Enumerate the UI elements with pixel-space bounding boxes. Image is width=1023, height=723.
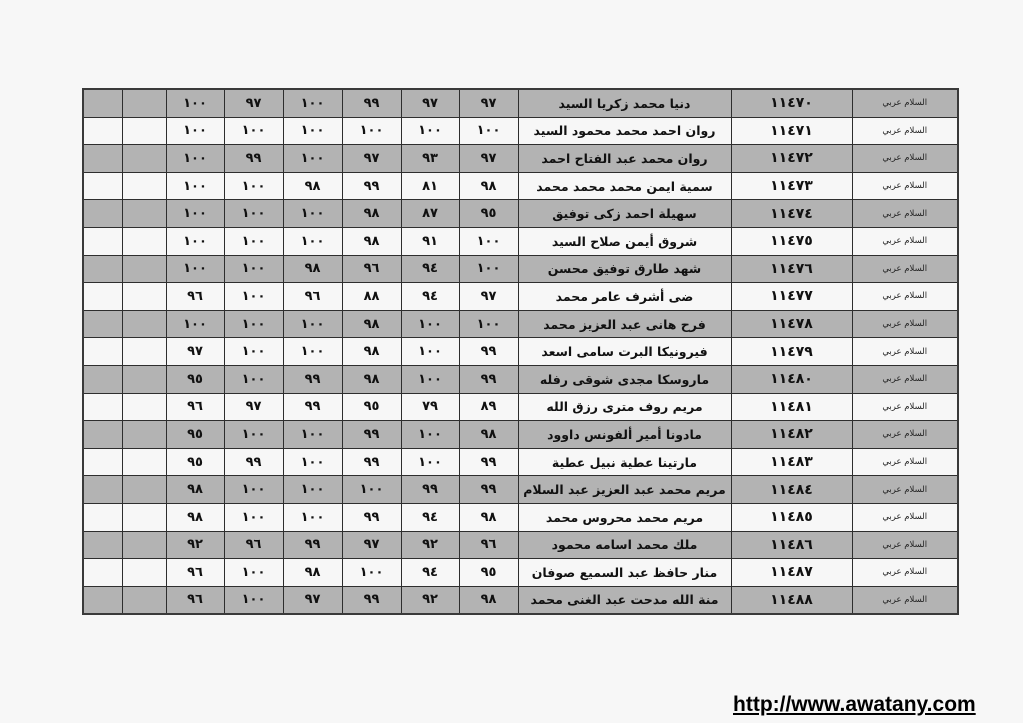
score-cell: ٩٩ — [283, 531, 342, 559]
score-cell: ٩٦ — [166, 393, 224, 421]
student-name-cell: روان احمد محمد محمود السيد — [518, 117, 731, 145]
score-cell: ٩٥ — [459, 200, 518, 228]
blank-cell — [83, 227, 122, 255]
score-cell: ٩٩ — [342, 172, 401, 200]
score-cell: ٩٧ — [342, 145, 401, 173]
school-cell: السلام عربي — [852, 476, 958, 504]
score-cell: ٩٩ — [283, 393, 342, 421]
seat-number-cell: ١١٤٨٣ — [731, 448, 852, 476]
score-cell: ٩٧ — [283, 586, 342, 614]
score-cell: ٩٨ — [342, 365, 401, 393]
score-cell: ٩٧ — [459, 283, 518, 311]
school-cell: السلام عربي — [852, 503, 958, 531]
student-name-cell: فيرونيكا البرت سامى اسعد — [518, 338, 731, 366]
score-cell: ١٠٠ — [342, 559, 401, 587]
score-cell: ٩٨ — [459, 421, 518, 449]
score-cell: ٩٨ — [166, 476, 224, 504]
table-row: ١٠٠٩٩١٠٠٩٧٩٣٩٧روان محمد عبد الفتاح احمد١… — [83, 145, 958, 173]
score-cell: ١٠٠ — [283, 227, 342, 255]
table-row: ٩٦١٠٠٩٧٩٩٩٢٩٨منة الله مدحت عبد الغنى محم… — [83, 586, 958, 614]
school-cell: السلام عربي — [852, 89, 958, 117]
blank-cell — [83, 310, 122, 338]
score-cell: ٩٦ — [166, 283, 224, 311]
blank-cell — [122, 503, 166, 531]
score-cell: ٩٥ — [459, 559, 518, 587]
blank-cell — [83, 89, 122, 117]
blank-cell — [83, 200, 122, 228]
blank-cell — [122, 200, 166, 228]
school-cell: السلام عربي — [852, 393, 958, 421]
score-cell: ٩٨ — [459, 586, 518, 614]
student-name-cell: منة الله مدحت عبد الغنى محمد — [518, 586, 731, 614]
student-name-cell: منار حافظ عبد السميع صوفان — [518, 559, 731, 587]
table-row: ١٠٠١٠٠٩٨٩٩٨١٩٨سمية ايمن محمد محمد محمد١١… — [83, 172, 958, 200]
seat-number-cell: ١١٤٨٠ — [731, 365, 852, 393]
score-cell: ٩٩ — [283, 365, 342, 393]
seat-number-cell: ١١٤٧١ — [731, 117, 852, 145]
score-cell: ١٠٠ — [401, 421, 459, 449]
score-cell: ٩٨ — [283, 559, 342, 587]
student-name-cell: شروق أيمن صلاح السيد — [518, 227, 731, 255]
seat-number-cell: ١١٤٨٧ — [731, 559, 852, 587]
school-cell: السلام عربي — [852, 310, 958, 338]
score-cell: ٩٨ — [342, 200, 401, 228]
score-cell: ٩٤ — [401, 283, 459, 311]
score-cell: ١٠٠ — [401, 117, 459, 145]
table-row: ١٠٠٩٧١٠٠٩٩٩٧٩٧دنيا محمد زكريا السيد١١٤٧٠… — [83, 89, 958, 117]
score-cell: ١٠٠ — [166, 117, 224, 145]
score-cell: ٨٨ — [342, 283, 401, 311]
score-cell: ٩٥ — [166, 421, 224, 449]
score-cell: ٨١ — [401, 172, 459, 200]
score-cell: ١٠٠ — [224, 421, 283, 449]
score-cell: ٩٧ — [166, 338, 224, 366]
score-cell: ١٠٠ — [283, 476, 342, 504]
score-cell: ١٠٠ — [283, 338, 342, 366]
score-cell: ٩٩ — [342, 421, 401, 449]
student-name-cell: ماروسكا مجدى شوقى رفله — [518, 365, 731, 393]
school-cell: السلام عربي — [852, 283, 958, 311]
score-cell: ٩٩ — [342, 89, 401, 117]
score-cell: ٩٨ — [342, 227, 401, 255]
score-cell: ١٠٠ — [283, 503, 342, 531]
blank-cell — [83, 586, 122, 614]
table-row: ١٠٠١٠٠١٠٠١٠٠١٠٠١٠٠روان احمد محمد محمود ا… — [83, 117, 958, 145]
blank-cell — [122, 145, 166, 173]
score-cell: ٩٨ — [459, 503, 518, 531]
score-cell: ١٠٠ — [283, 200, 342, 228]
blank-cell — [83, 531, 122, 559]
seat-number-cell: ١١٤٧٠ — [731, 89, 852, 117]
score-cell: ١٠٠ — [166, 145, 224, 173]
seat-number-cell: ١١٤٧٩ — [731, 338, 852, 366]
score-cell: ٩٨ — [283, 172, 342, 200]
student-name-cell: مريم روف مترى رزق الله — [518, 393, 731, 421]
score-cell: ١٠٠ — [459, 255, 518, 283]
score-cell: ٩٢ — [401, 586, 459, 614]
table-row: ١٠٠١٠٠١٠٠٩٨٨٧٩٥سهيلة احمد زكى توفيق١١٤٧٤… — [83, 200, 958, 228]
student-name-cell: فرح هانى عبد العزيز محمد — [518, 310, 731, 338]
school-cell: السلام عربي — [852, 338, 958, 366]
score-cell: ٩١ — [401, 227, 459, 255]
score-cell: ٩٩ — [401, 476, 459, 504]
score-cell: ١٠٠ — [459, 310, 518, 338]
score-cell: ٧٩ — [401, 393, 459, 421]
blank-cell — [122, 559, 166, 587]
score-cell: ٩٨ — [342, 338, 401, 366]
blank-cell — [83, 172, 122, 200]
school-cell: السلام عربي — [852, 448, 958, 476]
score-cell: ٩٦ — [166, 559, 224, 587]
student-name-cell: مريم محمد عبد العزيز عبد السلام — [518, 476, 731, 504]
school-cell: السلام عربي — [852, 559, 958, 587]
seat-number-cell: ١١٤٨٨ — [731, 586, 852, 614]
score-cell: ٩٦ — [342, 255, 401, 283]
table-body: ١٠٠٩٧١٠٠٩٩٩٧٩٧دنيا محمد زكريا السيد١١٤٧٠… — [83, 89, 958, 614]
blank-cell — [122, 117, 166, 145]
score-cell: ٩٩ — [459, 338, 518, 366]
score-cell: ١٠٠ — [166, 172, 224, 200]
seat-number-cell: ١١٤٨١ — [731, 393, 852, 421]
seat-number-cell: ١١٤٧٧ — [731, 283, 852, 311]
blank-cell — [122, 586, 166, 614]
score-cell: ١٠٠ — [283, 117, 342, 145]
score-cell: ١٠٠ — [224, 365, 283, 393]
score-cell: ٩٧ — [401, 89, 459, 117]
school-cell: السلام عربي — [852, 365, 958, 393]
score-cell: ٩٢ — [401, 531, 459, 559]
score-cell: ٩٢ — [166, 531, 224, 559]
score-cell: ٩٦ — [224, 531, 283, 559]
student-name-cell: ملك محمد اسامه محمود — [518, 531, 731, 559]
score-cell: ٩٩ — [459, 476, 518, 504]
score-cell: ١٠٠ — [224, 338, 283, 366]
student-name-cell: مادونا أمير ألفونس داوود — [518, 421, 731, 449]
score-cell: ٩٩ — [342, 586, 401, 614]
score-cell: ٩٨ — [283, 255, 342, 283]
table-row: ٩٥١٠٠١٠٠٩٩١٠٠٩٨مادونا أمير ألفونس داوود١… — [83, 421, 958, 449]
score-cell: ١٠٠ — [401, 310, 459, 338]
score-cell: ١٠٠ — [283, 145, 342, 173]
seat-number-cell: ١١٤٨٦ — [731, 531, 852, 559]
score-cell: ٩٩ — [459, 365, 518, 393]
score-cell: ٩٩ — [224, 145, 283, 173]
blank-cell — [122, 338, 166, 366]
student-name-cell: مارتينا عطية نبيل عطية — [518, 448, 731, 476]
score-cell: ٩٥ — [342, 393, 401, 421]
score-cell: ١٠٠ — [342, 476, 401, 504]
website-link[interactable]: http://www.awatany.com — [733, 693, 976, 717]
score-cell: ٩٩ — [224, 448, 283, 476]
blank-cell — [122, 448, 166, 476]
score-cell: ١٠٠ — [166, 255, 224, 283]
score-cell: ٩٩ — [459, 448, 518, 476]
student-name-cell: سهيلة احمد زكى توفيق — [518, 200, 731, 228]
score-cell: ٩٦ — [166, 586, 224, 614]
blank-cell — [83, 338, 122, 366]
score-cell: ٩٤ — [401, 559, 459, 587]
student-name-cell: شهد طارق توفيق محسن — [518, 255, 731, 283]
blank-cell — [122, 255, 166, 283]
score-cell: ١٠٠ — [224, 200, 283, 228]
score-cell: ١٠٠ — [283, 448, 342, 476]
table-row: ١٠٠١٠٠١٠٠٩٨٩١١٠٠شروق أيمن صلاح السيد١١٤٧… — [83, 227, 958, 255]
score-cell: ٨٩ — [459, 393, 518, 421]
blank-cell — [83, 283, 122, 311]
table-row: ١٠٠١٠٠٩٨٩٦٩٤١٠٠شهد طارق توفيق محسن١١٤٧٦ا… — [83, 255, 958, 283]
blank-cell — [122, 421, 166, 449]
table-row: ٩٢٩٦٩٩٩٧٩٢٩٦ملك محمد اسامه محمود١١٤٨٦الس… — [83, 531, 958, 559]
table-row: ٩٥٩٩١٠٠٩٩١٠٠٩٩مارتينا عطية نبيل عطية١١٤٨… — [83, 448, 958, 476]
school-cell: السلام عربي — [852, 531, 958, 559]
student-name-cell: دنيا محمد زكريا السيد — [518, 89, 731, 117]
score-cell: ٩٥ — [166, 448, 224, 476]
blank-cell — [122, 310, 166, 338]
student-name-cell: مريم محمد محروس محمد — [518, 503, 731, 531]
seat-number-cell: ١١٤٧٤ — [731, 200, 852, 228]
blank-cell — [122, 89, 166, 117]
score-cell: ٩٣ — [401, 145, 459, 173]
score-cell: ١٠٠ — [224, 283, 283, 311]
seat-number-cell: ١١٤٧٣ — [731, 172, 852, 200]
seat-number-cell: ١١٤٨٤ — [731, 476, 852, 504]
blank-cell — [83, 255, 122, 283]
school-cell: السلام عربي — [852, 117, 958, 145]
seat-number-cell: ١١٤٧٨ — [731, 310, 852, 338]
blank-cell — [83, 393, 122, 421]
score-cell: ١٠٠ — [283, 310, 342, 338]
score-cell: ٩٨ — [459, 172, 518, 200]
blank-cell — [83, 476, 122, 504]
blank-cell — [83, 421, 122, 449]
score-cell: ٨٧ — [401, 200, 459, 228]
score-cell: ١٠٠ — [224, 172, 283, 200]
score-cell: ٩٨ — [342, 310, 401, 338]
table-row: ٩٥١٠٠٩٩٩٨١٠٠٩٩ماروسكا مجدى شوقى رفله١١٤٨… — [83, 365, 958, 393]
score-cell: ١٠٠ — [401, 338, 459, 366]
table-row: ٩٦٩٧٩٩٩٥٧٩٨٩مريم روف مترى رزق الله١١٤٨١ا… — [83, 393, 958, 421]
score-cell: ١٠٠ — [224, 255, 283, 283]
score-cell: ١٠٠ — [224, 310, 283, 338]
school-cell: السلام عربي — [852, 255, 958, 283]
blank-cell — [83, 559, 122, 587]
score-cell: ١٠٠ — [166, 89, 224, 117]
blank-cell — [122, 172, 166, 200]
score-cell: ٩٩ — [342, 448, 401, 476]
score-cell: ١٠٠ — [166, 227, 224, 255]
blank-cell — [83, 145, 122, 173]
score-cell: ٩٧ — [224, 393, 283, 421]
score-cell: ١٠٠ — [224, 117, 283, 145]
blank-cell — [122, 227, 166, 255]
seat-number-cell: ١١٤٨٥ — [731, 503, 852, 531]
score-cell: ٩٨ — [166, 503, 224, 531]
grades-table: ١٠٠٩٧١٠٠٩٩٩٧٩٧دنيا محمد زكريا السيد١١٤٧٠… — [82, 88, 959, 615]
blank-cell — [83, 117, 122, 145]
score-cell: ٩٧ — [459, 89, 518, 117]
seat-number-cell: ١١٤٧٢ — [731, 145, 852, 173]
score-cell: ١٠٠ — [224, 227, 283, 255]
school-cell: السلام عربي — [852, 421, 958, 449]
table-row: ٩٦١٠٠٩٦٨٨٩٤٩٧ضى أشرف عامر محمد١١٤٧٧السلا… — [83, 283, 958, 311]
blank-cell — [122, 365, 166, 393]
score-cell: ٩٤ — [401, 503, 459, 531]
score-cell: ١٠٠ — [224, 503, 283, 531]
score-cell: ١٠٠ — [283, 421, 342, 449]
score-cell: ١٠٠ — [342, 117, 401, 145]
score-cell: ١٠٠ — [224, 586, 283, 614]
blank-cell — [83, 503, 122, 531]
results-sheet: ١٠٠٩٧١٠٠٩٩٩٧٩٧دنيا محمد زكريا السيد١١٤٧٠… — [82, 88, 959, 615]
score-cell: ١٠٠ — [224, 559, 283, 587]
seat-number-cell: ١١٤٧٥ — [731, 227, 852, 255]
score-cell: ٩٧ — [224, 89, 283, 117]
score-cell: ١٠٠ — [459, 117, 518, 145]
blank-cell — [83, 448, 122, 476]
score-cell: ١٠٠ — [401, 448, 459, 476]
blank-cell — [122, 531, 166, 559]
score-cell: ٩٦ — [459, 531, 518, 559]
score-cell: ٩٥ — [166, 365, 224, 393]
student-name-cell: روان محمد عبد الفتاح احمد — [518, 145, 731, 173]
score-cell: ١٠٠ — [283, 89, 342, 117]
table-row: ٩٨١٠٠١٠٠٩٩٩٤٩٨مريم محمد محروس محمد١١٤٨٥ا… — [83, 503, 958, 531]
student-name-cell: ضى أشرف عامر محمد — [518, 283, 731, 311]
score-cell: ١٠٠ — [166, 200, 224, 228]
school-cell: السلام عربي — [852, 172, 958, 200]
table-row: ٩٨١٠٠١٠٠١٠٠٩٩٩٩مريم محمد عبد العزيز عبد … — [83, 476, 958, 504]
table-row: ٩٦١٠٠٩٨١٠٠٩٤٩٥منار حافظ عبد السميع صوفان… — [83, 559, 958, 587]
school-cell: السلام عربي — [852, 145, 958, 173]
table-row: ٩٧١٠٠١٠٠٩٨١٠٠٩٩فيرونيكا البرت سامى اسعد١… — [83, 338, 958, 366]
score-cell: ٩٧ — [459, 145, 518, 173]
score-cell: ١٠٠ — [166, 310, 224, 338]
table-row: ١٠٠١٠٠١٠٠٩٨١٠٠١٠٠فرح هانى عبد العزيز محم… — [83, 310, 958, 338]
blank-cell — [122, 476, 166, 504]
score-cell: ٩٦ — [283, 283, 342, 311]
blank-cell — [122, 393, 166, 421]
score-cell: ٩٩ — [342, 503, 401, 531]
score-cell: ١٠٠ — [401, 365, 459, 393]
school-cell: السلام عربي — [852, 200, 958, 228]
blank-cell — [83, 365, 122, 393]
seat-number-cell: ١١٤٨٢ — [731, 421, 852, 449]
student-name-cell: سمية ايمن محمد محمد محمد — [518, 172, 731, 200]
school-cell: السلام عربي — [852, 227, 958, 255]
blank-cell — [122, 283, 166, 311]
seat-number-cell: ١١٤٧٦ — [731, 255, 852, 283]
score-cell: ١٠٠ — [224, 476, 283, 504]
score-cell: ١٠٠ — [459, 227, 518, 255]
score-cell: ٩٧ — [342, 531, 401, 559]
school-cell: السلام عربي — [852, 586, 958, 614]
score-cell: ٩٤ — [401, 255, 459, 283]
